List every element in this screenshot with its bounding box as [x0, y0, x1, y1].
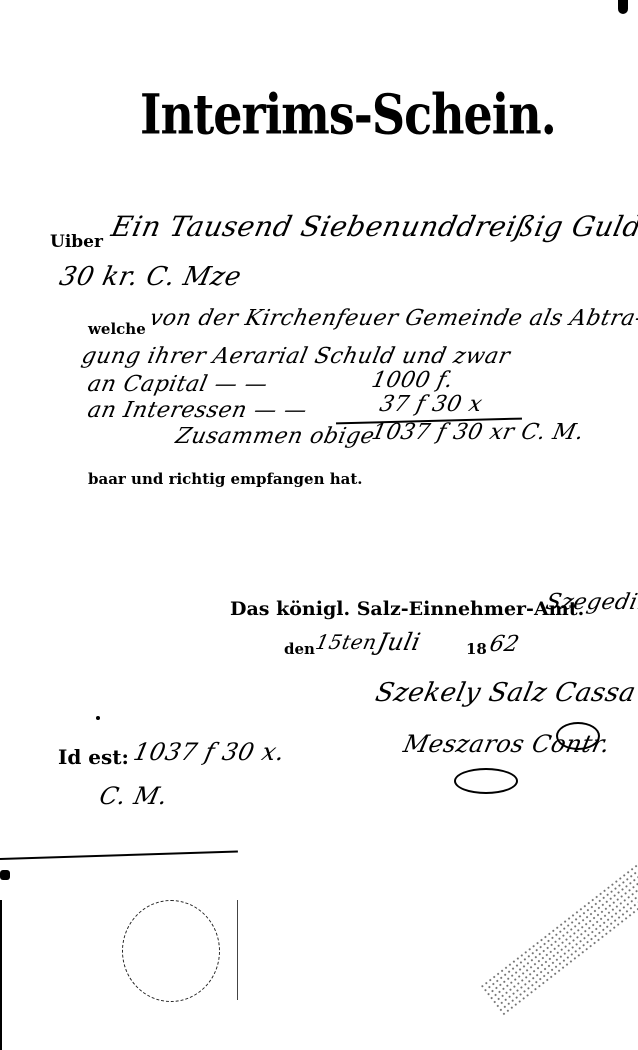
amount-words-line1: Ein Tausend Siebenunddreißig Gulden: [108, 210, 638, 243]
welche-label: welche: [88, 320, 146, 338]
amount-words-line2: 30 kr. C. Mze: [57, 262, 244, 292]
id-est-currency: C. M.: [97, 782, 170, 810]
payer-line1: von der Kirchenfeuer Gemeinde als Abtra-: [147, 306, 638, 331]
office-name: Das königl. Salz-Einnehmer-Amt.: [230, 598, 584, 620]
item-interest-amount: 37 f 30 x: [377, 392, 484, 417]
office-place: Szegedin: [543, 590, 638, 615]
paper-speckle-band: [479, 863, 638, 1018]
total-label: Zusammen obige: [173, 424, 377, 449]
ink-dot: [96, 716, 100, 720]
item-capital-label: an Capital — —: [85, 372, 270, 397]
id-est-label: Id est:: [58, 745, 129, 769]
date-month: Juli: [375, 628, 423, 656]
stamp-remnant: [122, 900, 220, 1002]
date-prefix: den: [284, 640, 315, 658]
signature-flourish: [454, 768, 518, 794]
date-year-hand: 62: [487, 632, 521, 657]
date-day: 15ten: [313, 630, 379, 654]
id-est-amount: 1037 f 30 x.: [131, 738, 288, 766]
left-edge-line: [0, 900, 2, 1050]
ink-blot: [0, 870, 10, 880]
total-amount: 1037 f 30 xr C. M.: [369, 420, 586, 445]
ink-blot-top: [618, 0, 628, 14]
received-text: baar und richtig empfangen hat.: [88, 470, 362, 488]
document-title: Interims-Schein.: [140, 82, 556, 147]
item-capital-amount: 1000 f.: [369, 368, 455, 393]
cut-line: [0, 851, 238, 860]
signature-cashier: Szekely Salz Cassa: [373, 678, 638, 708]
stamp-edge-line: [237, 900, 238, 1000]
uiber-label: Uiber: [50, 232, 103, 252]
date-year-printed: 18: [466, 640, 487, 658]
payer-line2: gung ihrer Aerarial Schuld und zwar: [79, 344, 512, 369]
signature-flourish-loop: [556, 722, 600, 750]
item-interest-label: an Interessen — —: [85, 398, 309, 423]
